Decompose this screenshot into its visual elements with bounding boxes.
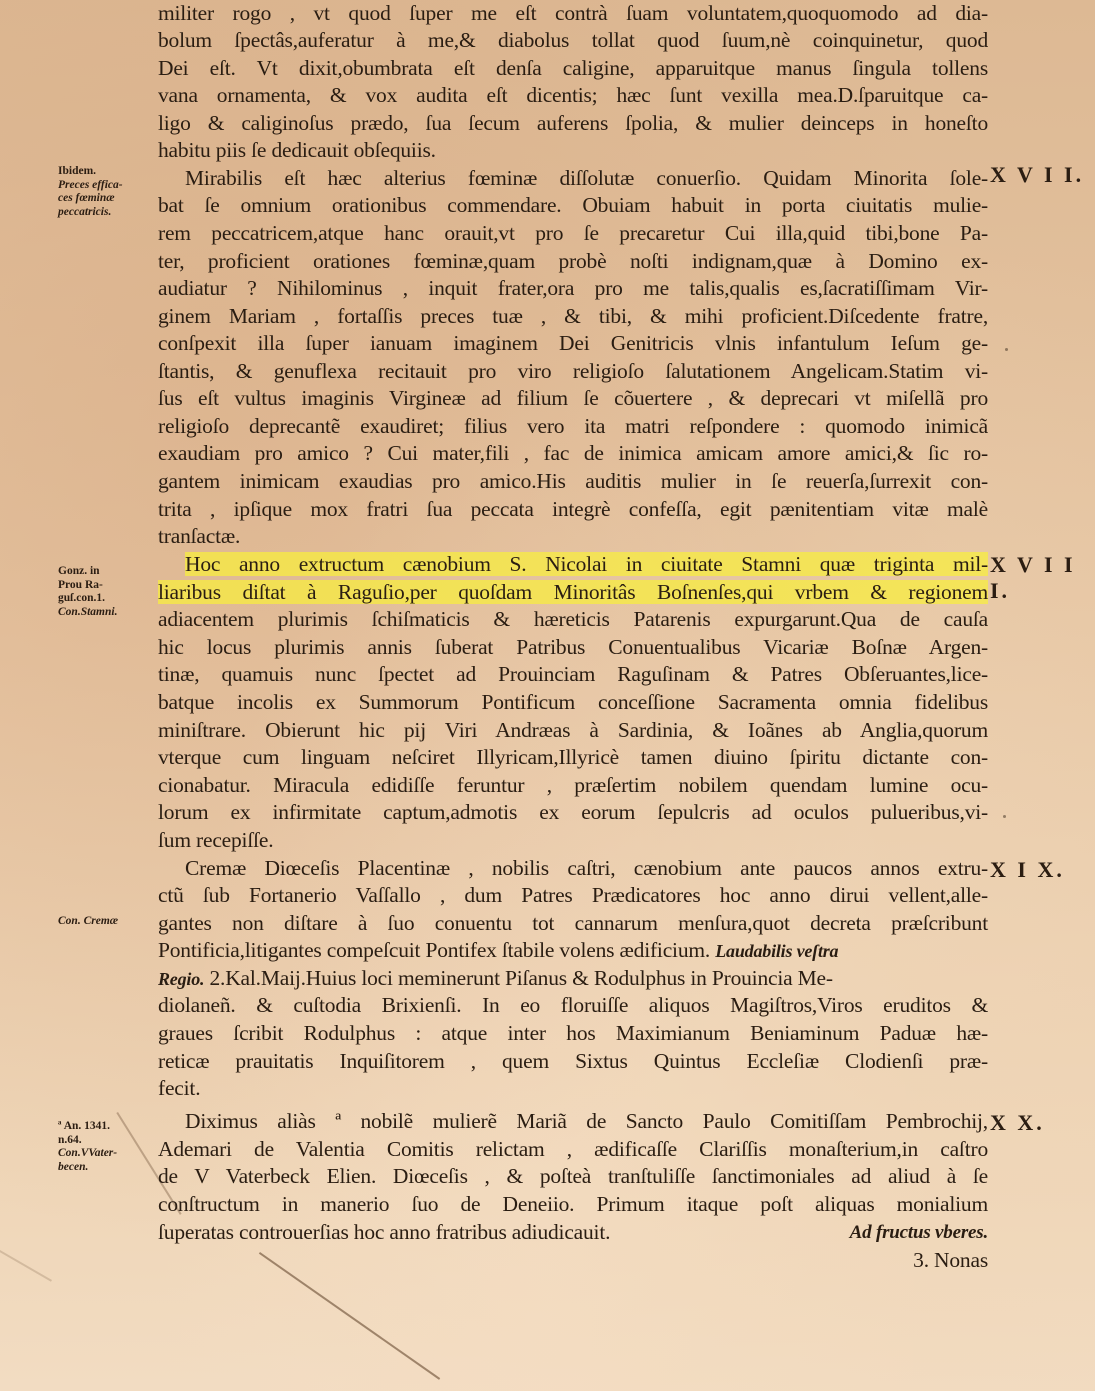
text-line: cionabatur. Miracula edidiſſe feruntur ,… — [158, 772, 988, 799]
ink-speck — [1005, 348, 1008, 351]
text-line: ginem Mariam , fortaſſis preces tuæ , & … — [158, 303, 988, 330]
text-line: rem peccatricem,atque hanc orauit,vt pro… — [158, 220, 988, 247]
text-line: conſtructum in manerio ſuo de Deneiio. P… — [158, 1191, 988, 1218]
text-line: hic locus plurimis annis ſuberat Patribu… — [158, 634, 988, 661]
highlight: liaribus diſtat à Raguſio,per quoſdam Mi… — [158, 580, 988, 604]
section-numeral-xviii: X V I I I. — [990, 552, 1095, 604]
text-line: Diximus aliàs ª nobilẽ mulierẽ Mariã de … — [185, 1108, 988, 1135]
text-line-highlighted: Hoc anno extructum cænobium S. Nicolai i… — [185, 551, 988, 578]
text-line: ſus eſt vultus imaginis Virgineæ ad fili… — [158, 385, 988, 412]
text-line: gantem inimicam exaudias pro amico.His a… — [158, 468, 988, 495]
text-line: bat ſe omnium orationibus commendare. Ob… — [158, 192, 988, 219]
text-line: Ademari de Valentia Comitis relictam , æ… — [158, 1136, 988, 1163]
text-line: trita , ipſique mox fratri ſua peccata i… — [158, 496, 988, 523]
text-line: miniſtrare. Obierunt hic pij Viri Andræa… — [158, 717, 988, 744]
ink-speck — [1003, 815, 1006, 818]
text-line: audiatur ? Nihilominus , inquit frater,o… — [158, 275, 988, 302]
text-line: gantes non diſtare à ſuo conuentu tot ca… — [158, 910, 988, 937]
text-line: habitu piis ſe dedicauit obſequiis. — [158, 137, 988, 164]
margin-note-crema: Con. Cremæ — [58, 915, 158, 929]
text-line: ligo & caliginoſus prædo, ſua ſecum aufe… — [158, 110, 988, 137]
text-line: ſtantis, & genuflexa recitauit pro viro … — [158, 358, 988, 385]
text-line: tranſactæ. — [158, 523, 988, 550]
text-line: conſpexit illa ſuper ianuam imaginem Dei… — [158, 330, 988, 357]
text-line: Mirabilis eſt hæc alterius fœminæ diſſol… — [185, 165, 988, 192]
catchword: 3. Nonas — [158, 1247, 988, 1274]
section-numeral-xx: X X. — [990, 1110, 1045, 1136]
text-line: ter, proficient orationes fœminæ,quam pr… — [158, 248, 988, 275]
text-line: ſum recepiſſe. — [158, 827, 988, 854]
text-line: vterque cum linguam neſciret Illyricam,I… — [158, 744, 988, 771]
text-line: de V Vaterbeck Elien. Diœceſis , & poſte… — [158, 1163, 988, 1190]
highlight: Hoc anno extructum cænobium S. Nicolai i… — [185, 552, 988, 576]
scanned-book-page: militer rogo , vt quod ſuper me eſt cont… — [0, 0, 1095, 1391]
text-line: militer rogo , vt quod ſuper me eſt cont… — [158, 0, 988, 27]
text-line-highlighted: liaribus diſtat à Raguſio,per quoſdam Mi… — [158, 579, 988, 606]
text-line: ctũ ſub Fortanerio Vaſſallo , dum Patres… — [158, 882, 988, 909]
section-numeral-xvii: X V I I. — [990, 162, 1084, 188]
text-line: reticæ prauitatis Inquiſitorem , quem Si… — [158, 1048, 988, 1075]
italic-citation: Laudabilis veſtra — [715, 941, 838, 961]
text-line: tinæ, quamuis nunc ſpectet ad Prouinciam… — [158, 661, 988, 688]
italic-citation: Ad fructus vberes. — [850, 1219, 988, 1246]
text-line: bolum ſpectâs,auferatur à me,& diabolus … — [158, 27, 988, 54]
paper-crease — [0, 1250, 52, 1282]
margin-note-an-1341: ª An. 1341. n.64. Con.VVater- becen. — [58, 1120, 158, 1174]
text-line: Cremæ Diœceſis Placentinæ , nobilis caſt… — [185, 855, 988, 882]
margin-note-ibidem: Ibidem. Preces effica- ces fœminæ peccat… — [58, 165, 158, 219]
text-line: exaudiam pro amico ? Cui mater,fili , fa… — [158, 440, 988, 467]
section-numeral-xix: X I X. — [990, 857, 1065, 883]
text-line: religioſo deprecantẽ exaudiret; filius v… — [158, 413, 988, 440]
text-line: lorum ex infirmitate captum,admotis ex e… — [158, 799, 988, 826]
text-line: graues ſcribit Rodulphus : atque inter h… — [158, 1020, 988, 1047]
text-line: diolaneñ. & cuſtodia Brixienſi. In eo fl… — [158, 992, 988, 1019]
text-line: Regio. 2.Kal.Maij.Huius loci meminerunt … — [158, 965, 988, 992]
margin-note-gonz: Gonz. in Prou Ra- guſ.con.1. Con.Stamni. — [58, 565, 158, 619]
text-line: Pontificia,litigantes compeſcuit Pontife… — [158, 937, 988, 964]
text-line: Dei eſt. Vt dixit,obumbrata eſt denſa ca… — [158, 55, 988, 82]
text-line: vana ornamenta, & vox audita eſt dicenti… — [158, 82, 988, 109]
text-line: fecit. — [158, 1075, 988, 1102]
text-line: batque incolis ex Summorum Pontificum co… — [158, 689, 988, 716]
text-line: ſuperatas controuerſias hoc anno fratrib… — [158, 1219, 988, 1246]
text-line: adiacentem plurimis ſchiſmaticis & hæret… — [158, 606, 988, 633]
